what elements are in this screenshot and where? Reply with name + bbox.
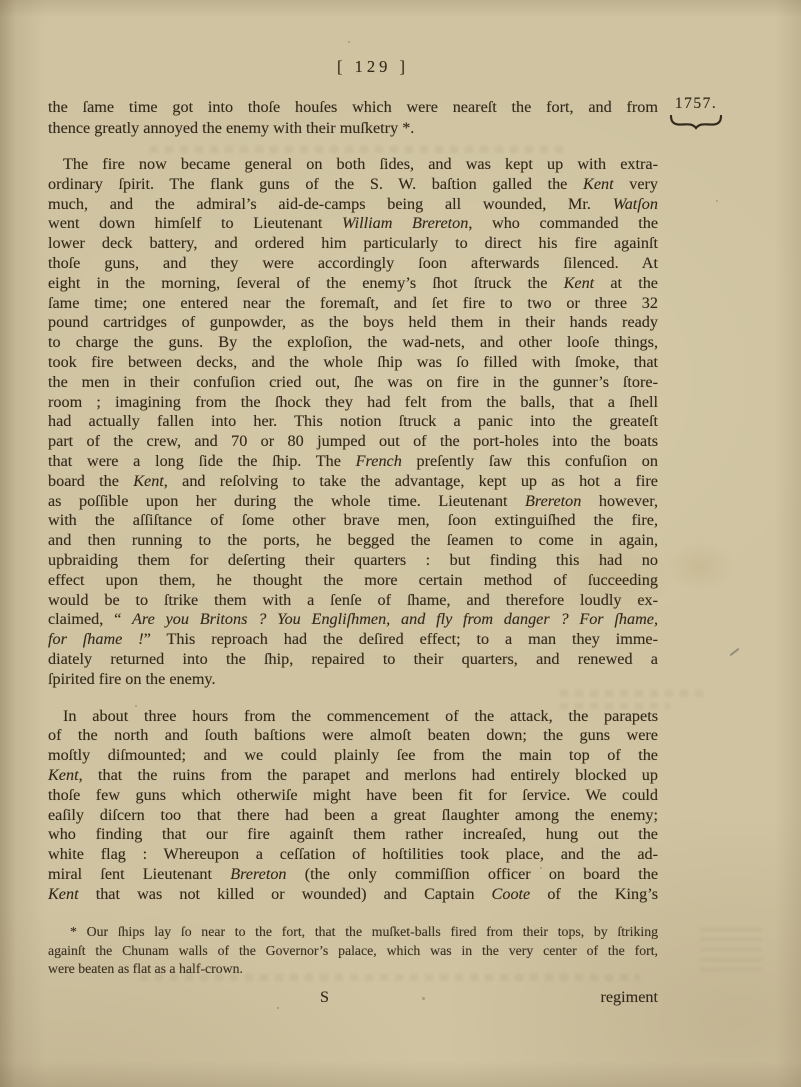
- text-line: claimed, “ Are you Britons ? You Engliſh…: [48, 610, 658, 630]
- text-line: took fire between decks, and the whole ſ…: [48, 353, 658, 373]
- text-line: thoſe guns, and they were accordingly ſo…: [48, 254, 658, 274]
- show-through: [150, 146, 570, 153]
- year-label: 1757.: [666, 95, 726, 113]
- text-line: * Our ſhips lay ſo near to the fort, tha…: [48, 923, 658, 942]
- show-through: [140, 974, 640, 981]
- paper-stain: [348, 41, 350, 43]
- catchword: regiment: [600, 988, 658, 1007]
- show-through: [560, 690, 710, 697]
- paragraph-three-hours: In about three hours from the commenceme…: [48, 707, 658, 905]
- text-line: board the Kent, and reſolving to take th…: [48, 472, 658, 492]
- text-line: much, and the admiral’s aid-de-camps bei…: [48, 195, 658, 215]
- paper-stain: [422, 997, 425, 1000]
- text-line: The fire now became general on both ſide…: [48, 155, 658, 175]
- show-through: [560, 703, 670, 709]
- text-line: the ſame time got into thoſe houſes whic…: [48, 97, 658, 118]
- text-line: and then running to the ports, he begged…: [48, 531, 658, 551]
- footnote: * Our ſhips lay ſo near to the fort, tha…: [48, 923, 658, 979]
- text-line: room ; imagining from the ſhock they had…: [48, 393, 658, 413]
- paper-stain: [135, 705, 137, 707]
- text-line: miral ſent Lieutenant Brereton (the only…: [48, 865, 658, 885]
- text-line: ordinary ſpirit. The flank guns of the S…: [48, 175, 658, 195]
- paragraph-fire-general: The fire now became general on both ſide…: [48, 155, 658, 690]
- margin-year-note: 1757.: [666, 95, 726, 130]
- text-line: againſt the Chunam walls of the Governor…: [48, 942, 658, 961]
- text-line: eaſily diſcern too that there had been a…: [48, 806, 658, 826]
- text-line: diately returned into the ſhip, repaired…: [48, 650, 658, 670]
- text-line: that were a long ſide the ſhip. The Fren…: [48, 452, 658, 472]
- text-line: In about three hours from the commenceme…: [48, 707, 658, 727]
- text-line: Kent, that the ruins from the parapet an…: [48, 766, 658, 786]
- text-line: the men in their confuſion cried out, ſh…: [48, 373, 658, 393]
- paper-stain: [277, 1007, 279, 1009]
- text-line: ſame time; one entered near the foremaſt…: [48, 294, 658, 314]
- text-line: to charge the guns. By the exploſion, th…: [48, 333, 658, 353]
- book-page: [ 129 ] 1757. the ſame time got into tho…: [0, 0, 801, 1087]
- text-line: who finding that our fire againſt them r…: [48, 825, 658, 845]
- text-line: part of the crew, and 70 or 80 jumped ou…: [48, 432, 658, 452]
- text-line: would be to ſtrike them with a ſenſe of …: [48, 591, 658, 611]
- pen-mark: [730, 648, 740, 656]
- signature-mark: S: [320, 988, 329, 1007]
- text-line: effect upon them, he thought the more ce…: [48, 571, 658, 591]
- paragraph-continuation: the ſame time got into thoſe houſes whic…: [48, 97, 658, 139]
- paper-stain: [540, 867, 542, 869]
- text-line: lower deck battery, and ordered him part…: [48, 234, 658, 254]
- text-line: Kent that was not killed or wounded) and…: [48, 885, 658, 905]
- text-line: pound cartridges of gunpowder, as the bo…: [48, 313, 658, 333]
- show-through: [700, 928, 762, 972]
- paper-stain: [716, 200, 718, 202]
- paper-stain: [92, 466, 94, 468]
- text-line: eight in the morning, ſeveral of the ene…: [48, 274, 658, 294]
- text-line: moſtly diſmounted; and we could plainly …: [48, 746, 658, 766]
- text-line: thoſe few guns which otherwiſe might hav…: [48, 786, 658, 806]
- underbrace-icon: [669, 114, 723, 130]
- text-line: upbraiding them for deſerting their quar…: [48, 551, 658, 571]
- text-line: white flag : Whereupon a ceſſation of ho…: [48, 845, 658, 865]
- text-line: thence greatly annoyed the enemy with th…: [48, 118, 658, 139]
- text-line: for ſhame !” This reproach had the deſir…: [48, 630, 658, 650]
- text-line: went down himſelf to Lieutenant William …: [48, 214, 658, 234]
- text-line: as poſſible upon her during the whole ti…: [48, 492, 658, 512]
- text-line: ſpirited fire on the enemy.: [48, 670, 658, 690]
- text-line: with the aſſiſtance of ſome other brave …: [48, 511, 658, 531]
- catch-line: S regiment: [48, 988, 658, 1010]
- text-line: had actually fallen into her. This notio…: [48, 412, 658, 432]
- text-line: of the north and ſouth baſtions were alm…: [48, 726, 658, 746]
